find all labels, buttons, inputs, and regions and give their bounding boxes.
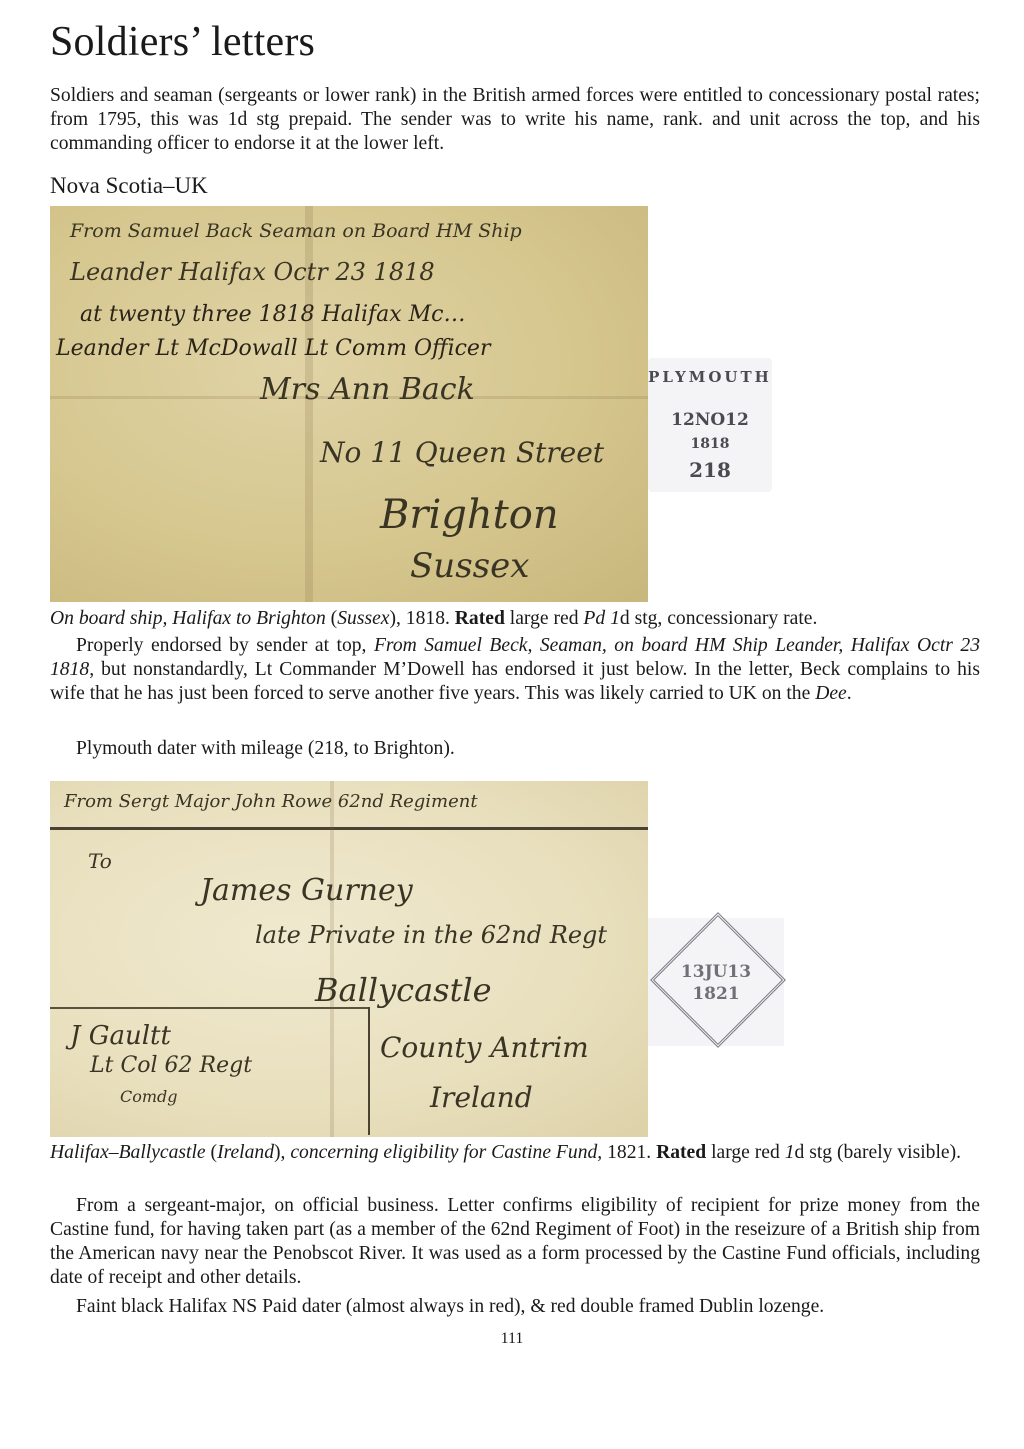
caption-rate: 1	[785, 1142, 795, 1163]
handwriting-line: Mrs Ann Back	[260, 372, 475, 407]
caption-year: 1818	[406, 608, 445, 629]
paragraph-text: Properly endorsed by sender at top,	[76, 635, 366, 656]
caption-letter-1: On board ship, Halifax to Brighton (Suss…	[50, 607, 980, 631]
caption-rate: Pd 1	[583, 608, 619, 629]
intro-paragraph: Soldiers and seaman (sergeants or lower …	[50, 84, 980, 156]
handwriting-line: From Sergt Major John Rowe 62nd Regiment	[64, 791, 478, 812]
handwriting-line: To	[88, 849, 112, 873]
caption-year: 1821	[607, 1142, 646, 1163]
postmark-date: 12NO12	[648, 410, 772, 430]
handwriting-line: Sussex	[410, 546, 529, 586]
dublin-lozenge-postmark-image: 13JU13 1821	[648, 918, 784, 1046]
handwriting-line: From Samuel Back Seaman on Board HM Ship	[70, 220, 522, 242]
handwriting-line: Leander Lt McDowall Lt Comm Officer	[56, 336, 490, 361]
handwriting-line: at twenty three 1818 Halifax Mc…	[80, 302, 466, 327]
handwriting-line: Leander Halifax Octr 23 1818	[70, 258, 435, 286]
postmark-date: 13JU13	[648, 962, 784, 982]
handwriting-line: No 11 Queen Street	[320, 436, 604, 469]
caption-county: Sussex	[337, 608, 389, 629]
handwriting-line: late Private in the 62nd Regt	[255, 921, 607, 949]
caption-rated: Rated	[455, 608, 505, 629]
postmark-town: PLYMOUTH	[648, 368, 772, 386]
description-paragraph: From a sergeant-major, on official busin…	[50, 1194, 980, 1290]
handwriting-line: County Antrim	[380, 1031, 589, 1064]
caption-text: large red	[711, 1142, 780, 1163]
postmark-mileage: 218	[648, 458, 772, 482]
handwriting-line: Ireland	[430, 1081, 533, 1114]
caption-route: On board ship, Halifax to Brighton	[50, 608, 326, 629]
page-title: Soldiers’ letters	[50, 18, 315, 66]
handwriting-line: James Gurney	[200, 873, 413, 908]
handwriting-line: Comdg	[120, 1087, 178, 1106]
postmark-year: 1821	[648, 984, 784, 1004]
caption-route: Halifax–Ballycastle	[50, 1142, 206, 1163]
postmark-year: 1818	[648, 436, 772, 452]
handwriting-line: Ballycastle	[315, 971, 492, 1009]
description-paragraph: Properly endorsed by sender at top, From…	[50, 634, 980, 706]
caption-text: d stg, concessionary rate.	[620, 608, 818, 629]
description-paragraph: Faint black Halifax NS Paid dater (almos…	[50, 1295, 980, 1319]
plymouth-postmark-image: PLYMOUTH 12NO12 1818 218	[648, 358, 772, 492]
caption-rated: Rated	[656, 1142, 706, 1163]
caption-country: Ireland	[217, 1142, 274, 1163]
caption-text: large red	[510, 608, 579, 629]
caption-subject: concerning eligibility for Castine Fund,	[290, 1142, 602, 1163]
handwriting-line: Brighton	[380, 492, 559, 538]
caption-text: d stg (barely visible).	[795, 1142, 962, 1163]
ship-name: Dee	[815, 683, 847, 704]
letter-image-rowe: From Sergt Major John Rowe 62nd Regiment…	[50, 781, 648, 1137]
handwriting-line: Lt Col 62 Regt	[90, 1053, 252, 1078]
paragraph-text: .	[847, 683, 852, 704]
section-heading: Nova Scotia–UK	[50, 173, 208, 199]
letter-image-beck: From Samuel Back Seaman on Board HM Ship…	[50, 206, 648, 602]
caption-letter-2: Halifax–Ballycastle (Ireland), concernin…	[50, 1141, 980, 1165]
page-number: 111	[0, 1330, 1024, 1348]
handwriting-line: J Gaultt	[70, 1021, 171, 1051]
description-paragraph: Plymouth dater with mileage (218, to Bri…	[50, 737, 980, 761]
